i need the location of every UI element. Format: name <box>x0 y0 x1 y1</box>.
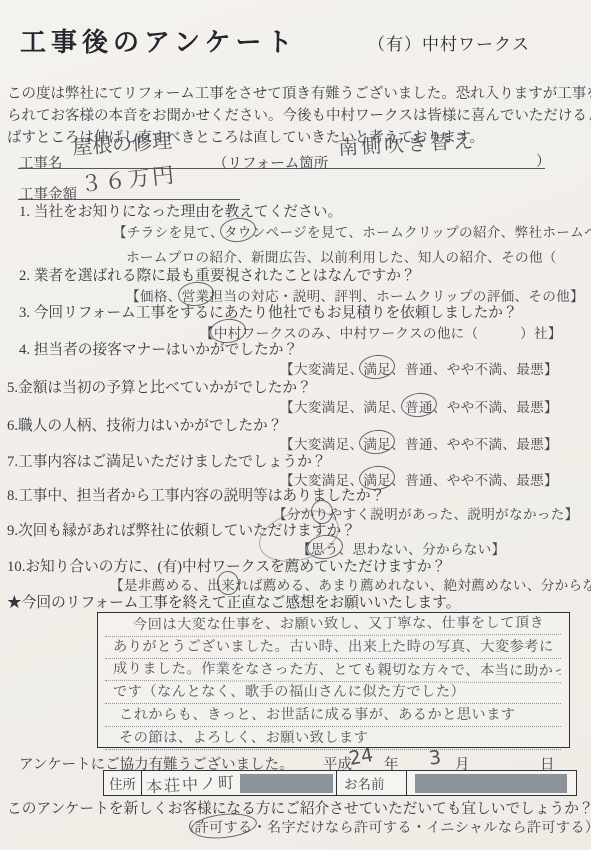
comment-box: 今回は大変な仕事を、お願い致し、又丁寧な、仕事をして頂き ありがとうございました… <box>97 612 570 748</box>
option-text: 、普通、やや不満、最悪】 <box>391 362 558 377</box>
question-2: 2. 業者を選ばれる際に最も重要視されたことはなんですか？ <box>19 264 416 285</box>
scanned-survey-page: 工事後のアンケート （有）中村ワークス この度は弊社にてリフォーム工事をさせて頂… <box>0 0 591 850</box>
comment-line-2: ありがとうございました。古い時、出来上た時の写真、大変参考に <box>105 636 561 659</box>
question-4-options: 【大変満足、満足、普通、やや不満、最悪】 <box>280 358 558 378</box>
circle-annotation: 満足 <box>363 358 391 378</box>
option-text: ンページを見て、ホームクリップの紹介、弊社ホームページ <box>252 225 591 240</box>
comment-line-5: これからも、きっと、お世話に成る事が、あるかと思います <box>105 704 561 727</box>
option-text: 【大変満足、 <box>280 362 363 377</box>
name-label: お名前 <box>344 773 385 793</box>
question-5-options: 【大変満足、満足、普通、やや不満、最悪】 <box>280 396 558 416</box>
question-1-options-line-2: ホームプロの紹介、新聞広告、以前利用した、知人の紹介、その他（ ）】 <box>126 246 591 266</box>
circle-annotation: 許可する <box>195 817 253 837</box>
permission-options: （許可する・名字だけなら許可する・イニシャルなら許可する） <box>180 817 591 837</box>
option-text: ホームプロの紹介、新聞広告、以前利用した、知人の紹介、その他（ ）】 <box>126 250 591 265</box>
question-4: 4. 担当者の接客マナーはいかがでしたか？ <box>19 338 298 359</box>
name-value-cell <box>407 771 576 795</box>
circle-annotation: タウ <box>224 221 252 241</box>
option-text: 、普通、やや不満、最悪】 <box>391 473 558 488</box>
option-text: やすく説明があった、説明がなかった】 <box>329 507 579 522</box>
company-name: （有）中村ワークス <box>368 30 530 55</box>
intro-line-1: この度は弊社にてリフォーム工事をさせて頂き有難うございました。恐れ入りますが工事… <box>7 84 591 106</box>
question-5: 5.金額は当初の予算と比べていかがでしたか？ <box>7 376 312 397</box>
circle-annotation: 普通 <box>405 396 433 416</box>
address-value-cell: 本荘中ノ町 <box>142 771 337 795</box>
option-text: 、普通、やや不満、最悪】 <box>391 437 558 452</box>
address-label-cell: 住所 <box>104 771 142 795</box>
option-text: ・名字だけなら許可する・イニシャルなら許可する） <box>252 820 591 836</box>
year-handwritten: 24 <box>347 744 375 770</box>
reform-location-label: （リフォーム箇所 <box>213 152 328 173</box>
address-handwritten: 本荘中ノ町 <box>145 769 236 797</box>
reform-location-close-paren: ） <box>536 150 551 171</box>
address-name-table: 住所 本荘中ノ町 お名前 <box>103 770 577 796</box>
option-text: 、やや不満、最悪】 <box>433 400 558 415</box>
option-text: 【チラシを見て、 <box>113 225 224 240</box>
comment-prompt: ★今回のリフォーム工事を終えて正直なご感想をお願いいたします。 <box>7 591 460 612</box>
comment-line-4: です（なんとなく、歌手の福山さんに似た方でした） <box>105 681 561 704</box>
comment-line-1: 今回は大変な仕事を、お願い致し、又丁寧な、仕事をして頂き <box>105 612 561 637</box>
name-label-cell: お名前 <box>337 771 407 795</box>
name-redaction-box <box>415 774 567 793</box>
option-text: 【大変満足、満足、 <box>280 400 405 415</box>
month-handwritten: 3 <box>428 746 442 769</box>
comment-line-6: その節は、よろしく、お願い致します <box>105 727 561 750</box>
permission-question: このアンケートを新しくお客様になる方にご紹介させていただいても宜しいでしょうか？ <box>7 797 591 818</box>
comment-line-3: 成りました。作業をなさった方、とても親切な方々で、本当に助かった <box>105 657 561 682</box>
question-3: 3. 今回リフォーム工事をするにあたり他社でもお見積りを依頼しましたか？ <box>19 301 518 322</box>
question-1: 1. 当社をお知りになった理由を教えてください。 <box>19 200 342 221</box>
question-1-options-line-1: 【チラシを見て、タウンページを見て、ホームクリップの紹介、弊社ホームページ <box>113 221 591 241</box>
page-title: 工事後のアンケート <box>20 22 297 59</box>
circle-annotation: 満足 <box>363 433 391 453</box>
address-label: 住所 <box>109 773 136 793</box>
address-redaction-box <box>240 774 333 793</box>
intro-line-2: られてお客様の本音をお聞かせください。今後も中村ワークスは皆様に喜んでいただける… <box>7 106 591 128</box>
question-6: 6.職人の人柄、技術力はいかがでしたか？ <box>7 414 282 435</box>
question-7: 7.工事内容はご満足いただけましたでしょうか？ <box>7 450 326 471</box>
